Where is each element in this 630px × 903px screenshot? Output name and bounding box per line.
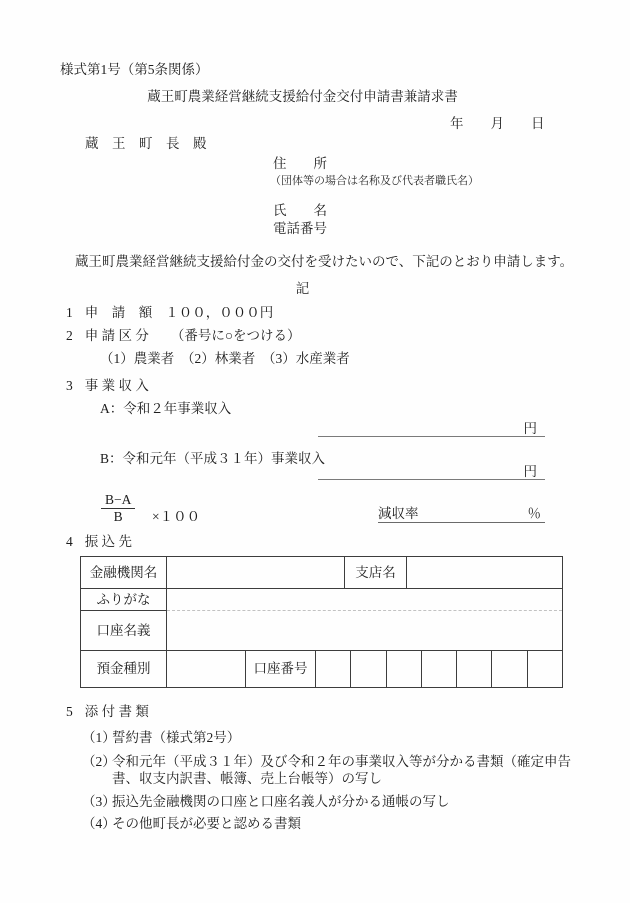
deposit-type-input[interactable] xyxy=(167,651,246,687)
income-a-unit: 円 xyxy=(524,421,538,436)
furigana-input[interactable] xyxy=(167,589,562,611)
income-b-unit: 円 xyxy=(524,464,538,479)
account-holder-label: 口座名義 xyxy=(81,611,167,650)
deposit-type-label: 預金種別 xyxy=(81,651,167,687)
decrease-rate-label: 減収率 xyxy=(378,505,419,522)
branch-label: 支店名 xyxy=(345,557,407,588)
income-a-field[interactable]: 円 xyxy=(318,420,545,437)
section-transfer-label: 振 込 先 xyxy=(85,534,132,549)
section-amount-value: １００，０００円 xyxy=(165,305,273,320)
section-category-label: 申 請 区 分 xyxy=(85,328,149,343)
attachment-item: （1）誓約書（様式第2号） xyxy=(82,729,571,747)
section-attachments-label: 添 付 書 類 xyxy=(85,704,149,719)
section-transfer: 4振 込 先 xyxy=(66,533,132,551)
name-label: 氏 名 xyxy=(273,202,327,220)
section-attachments: 5添 付 書 類 （1）誓約書（様式第2号） （2）令和元年（平成３１年）及び令… xyxy=(66,703,571,833)
income-line-b: B：令和元年（平成３１年）事業収入 xyxy=(100,450,325,468)
intro-sentence: 蔵王町農業経営継続支援給付金の交付を受けたいので、下記のとおり申請します。 xyxy=(75,253,573,271)
address-label: 住 所 xyxy=(273,155,327,173)
account-number-label: 口座番号 xyxy=(246,651,316,687)
category-options[interactable]: （1）農業者 （2）林業者 （3）水産業者 xyxy=(100,350,350,368)
section-amount: 1申 請 額１００，０００円 xyxy=(66,304,273,322)
financial-institution-label: 金融機関名 xyxy=(81,557,167,588)
section-category-note: （番号に○をつける） xyxy=(171,328,301,343)
rate-formula-fraction: B−A B xyxy=(101,493,135,524)
income-b-field[interactable]: 円 xyxy=(318,463,545,480)
attachment-item: （2）令和元年（平成３１年）及び令和２年の事業収入等が分かる書類（確定申告書、収… xyxy=(82,753,571,788)
account-digit-cell[interactable] xyxy=(528,651,562,687)
account-holder-input[interactable] xyxy=(167,611,562,650)
branch-input[interactable] xyxy=(407,557,562,588)
account-digit-cell[interactable] xyxy=(316,651,351,687)
decrease-rate-unit: ％ xyxy=(528,505,542,522)
form-number: 様式第1号（第5条関係） xyxy=(60,61,209,79)
formula-denominator: B xyxy=(101,509,135,524)
formula-multiplier: ×１００ xyxy=(152,508,200,526)
record-mark: 記 xyxy=(60,280,545,298)
date-line: 年 月 日 xyxy=(450,115,545,133)
account-digit-cell[interactable] xyxy=(492,651,527,687)
phone-label: 電話番号 xyxy=(273,220,327,238)
section-attachments-header: 5添 付 書 類 xyxy=(66,703,571,721)
furigana-label: ふりがな xyxy=(81,589,167,611)
account-digit-cell[interactable] xyxy=(457,651,492,687)
addressee: 蔵 王 町 長 殿 xyxy=(85,135,207,153)
section-attachments-no: 5 xyxy=(66,704,73,719)
section-income-no: 3 xyxy=(66,378,73,393)
financial-institution-input[interactable] xyxy=(167,557,345,588)
section-income: 3事 業 収 入 xyxy=(66,377,149,395)
bank-account-table: 金融機関名 支店名 ふりがな 口座名義 預金種別 口座番号 xyxy=(80,556,563,688)
address-note: （団体等の場合は名称及び代表者職氏名） xyxy=(270,174,479,188)
section-amount-label: 申 請 額 xyxy=(85,305,153,320)
section-amount-no: 1 xyxy=(66,305,73,320)
account-digit-cell[interactable] xyxy=(387,651,422,687)
section-category-no: 2 xyxy=(66,328,73,343)
application-form-page: 様式第1号（第5条関係） 蔵王町農業経営継続支援給付金交付申請書兼請求書 年 月… xyxy=(0,0,630,903)
account-digit-cell[interactable] xyxy=(351,651,386,687)
account-digit-cell[interactable] xyxy=(422,651,457,687)
income-line-a: A：令和２年事業収入 xyxy=(100,400,231,418)
section-income-label: 事 業 収 入 xyxy=(85,378,149,393)
section-category: 2申 請 区 分（番号に○をつける） xyxy=(66,327,301,345)
formula-numerator: B−A xyxy=(101,493,135,509)
page-title: 蔵王町農業経営継続支援給付金交付申請書兼請求書 xyxy=(60,88,545,106)
attachment-item: （4）その他町長が必要と認める書類 xyxy=(82,815,571,833)
decrease-rate-field[interactable]: 減収率％ xyxy=(378,505,545,523)
attachment-item: （3）振込先金融機関の口座と口座名義人が分かる通帳の写し xyxy=(82,793,571,811)
section-transfer-no: 4 xyxy=(66,534,73,549)
